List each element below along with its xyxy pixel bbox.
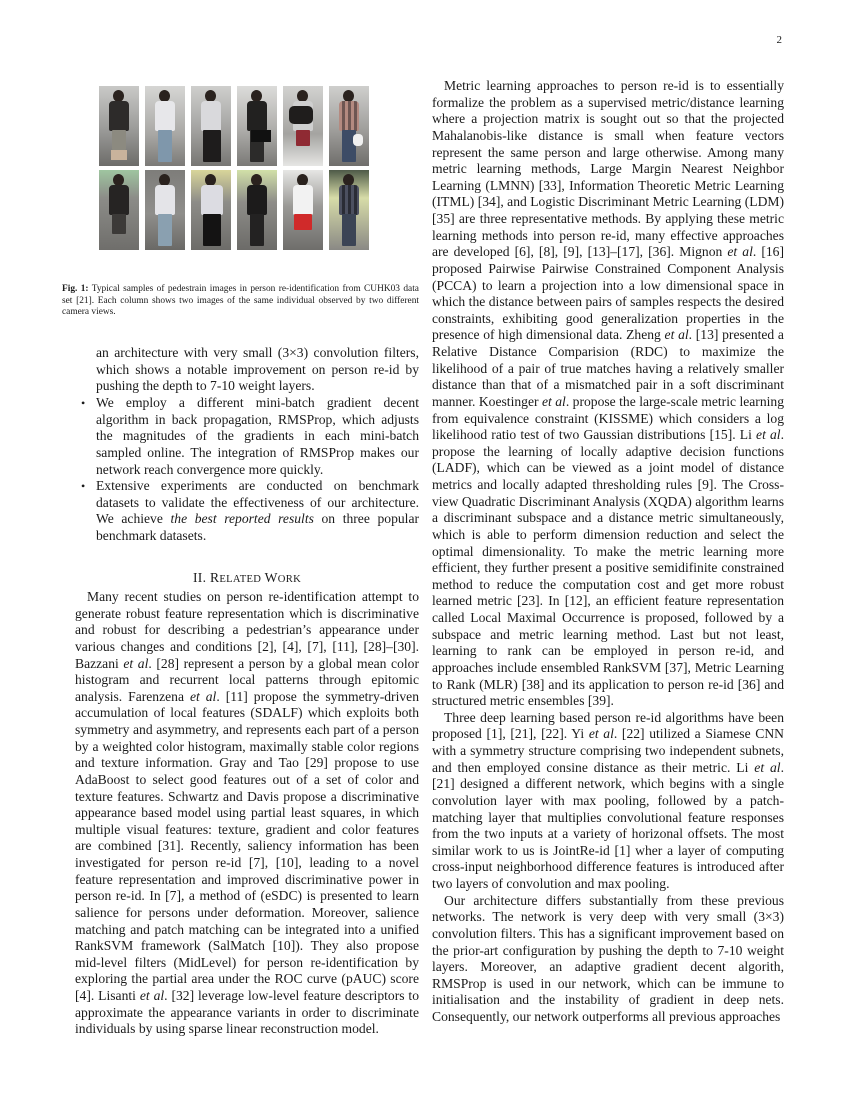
pedestrian-image-r2-c3: [191, 170, 231, 250]
bullet-icon: •: [81, 478, 85, 495]
figure-1: Fig. 1: Typical samples of pedestrain im…: [62, 86, 419, 256]
bullet-icon: •: [81, 395, 85, 412]
figure-label: Fig. 1:: [62, 284, 89, 294]
pedestrian-image-r1-c4: [237, 86, 277, 166]
section-heading-related-work: II. RELATED WORK: [75, 570, 419, 588]
section-numeral: II.: [193, 570, 206, 585]
pedestrian-image-r1-c2: [145, 86, 185, 166]
pedestrian-image-grid: [99, 86, 419, 256]
pedestrian-image-r1-c1: [99, 86, 139, 166]
pedestrian-image-r2-c4: [237, 170, 277, 250]
related-work-paragraph: Many recent studies on person re-identif…: [75, 589, 419, 1038]
metric-learning-paragraph: Metric learning approaches to person re-…: [432, 78, 784, 710]
emphasis-text: the best reported results: [171, 511, 314, 526]
pedestrian-image-r1-c6: [329, 86, 369, 166]
our-architecture-paragraph: Our architecture differs substantially f…: [432, 893, 784, 1026]
contribution-item-experiments: • Extensive experiments are conducted on…: [75, 478, 419, 545]
contribution-text: We employ a different mini-batch gradien…: [96, 395, 419, 477]
figure-caption: Fig. 1: Typical samples of pedestrain im…: [62, 284, 419, 319]
pedestrian-image-r2-c5: [283, 170, 323, 250]
pedestrian-image-r1-c5: [283, 86, 323, 166]
pedestrian-image-r2-c6: [329, 170, 369, 250]
contribution-continued-text: an architecture with very small (3×3) co…: [96, 345, 419, 395]
right-column: Metric learning approaches to person re-…: [432, 78, 784, 1026]
pedestrian-image-r1-c3: [191, 86, 231, 166]
deep-learning-paragraph: Three deep learning based person re-id a…: [432, 710, 784, 893]
figure-caption-text: Typical samples of pedestrain images in …: [62, 284, 419, 317]
pedestrian-image-r2-c2: [145, 170, 185, 250]
pedestrian-image-r2-c1: [99, 170, 139, 250]
contribution-item-rmsprop: • We employ a different mini-batch gradi…: [75, 395, 419, 478]
contributions-list: • We employ a different mini-batch gradi…: [75, 395, 419, 545]
page-number: 2: [777, 34, 783, 46]
